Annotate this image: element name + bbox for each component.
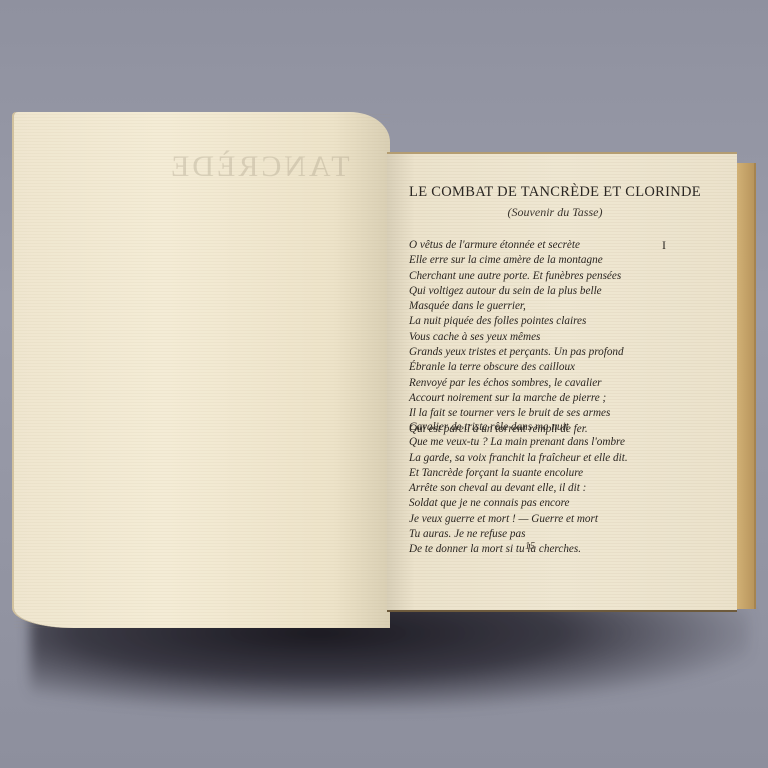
verse-line: Grands yeux tristes et perçants. Un pas …: [409, 345, 624, 360]
verse-line: Masquée dans le guerrier,: [409, 299, 624, 314]
verse-line: Tu auras. Je ne refuse pas: [409, 527, 628, 542]
poem-subtitle: (Souvenir du Tasse): [405, 205, 705, 220]
verse-line: La garde, sa voix franchit la fraîcheur …: [409, 451, 628, 466]
verse-line: La nuit piquée des folles pointes claire…: [409, 314, 624, 329]
verse-line: Arrête son cheval au devant elle, il dit…: [409, 481, 628, 496]
verse-line: Que me veux-tu ? La main prenant dans l'…: [409, 435, 628, 450]
verse-line: Elle erre sur la cime amère de la montag…: [409, 253, 624, 268]
right-page: LE COMBAT DE TANCRÈDE ET CLORINDE (Souve…: [387, 152, 737, 612]
stanza-1: O vêtus de l'armure étonnée et secrète E…: [409, 238, 624, 437]
verse-line: O vêtus de l'armure étonnée et secrète: [409, 238, 624, 253]
verse-line: Cherchant une autre porte. Et funèbres p…: [409, 269, 624, 284]
show-through-title: TANCRÈDE: [168, 150, 350, 184]
verse-line: Qui voltigez autour du sein de la plus b…: [409, 284, 624, 299]
verse-line: Et Tancrède forçant la suante encolure: [409, 466, 628, 481]
page-number: 15: [525, 541, 535, 552]
verse-line: Je veux guerre et mort ! — Guerre et mor…: [409, 512, 628, 527]
section-number: I: [662, 238, 666, 253]
verse-line: Cavalier de triste rôle dans ma nuit: [409, 420, 628, 435]
verse-line: Accourt noirement sur la marche de pierr…: [409, 391, 624, 406]
stanza-2: Cavalier de triste rôle dans ma nuit Que…: [409, 420, 628, 558]
verse-line: Vous cache à ses yeux mêmes: [409, 330, 624, 345]
verse-line: Soldat que je ne connais pas encore: [409, 496, 628, 511]
verse-line: Renvoyé par les échos sombres, le cavali…: [409, 376, 624, 391]
verse-line: De te donner la mort si tu la cherches.: [409, 542, 628, 557]
verse-line: Ébranle la terre obscure des cailloux: [409, 360, 624, 375]
poem-title: LE COMBAT DE TANCRÈDE ET CLORINDE: [405, 184, 705, 201]
left-page: [14, 112, 390, 628]
